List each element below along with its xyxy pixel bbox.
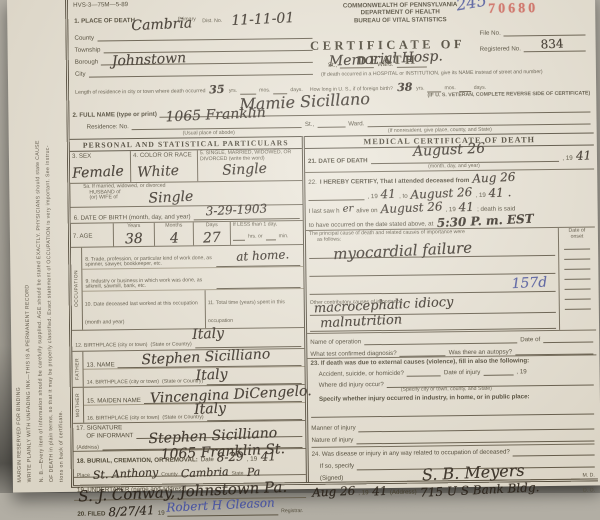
md-label: M. D. (582, 473, 594, 479)
certificate-stamp-number: 70680 (488, 1, 538, 18)
lastsaw-er: er (342, 204, 353, 214)
margin-text: MARGIN RESERVED FOR BINDING (11, 28, 23, 482)
certify-year1: 41 (380, 188, 396, 201)
sex-label: 3. SEX (72, 152, 128, 160)
registered-no-label: Registered No. (480, 45, 521, 53)
age-months-cell: Months 4 (155, 222, 194, 245)
personal-column: PERSONAL AND STATISTICAL PARTICULARS 3. … (70, 136, 309, 485)
time-of-death-value: 5:30 P. m. EST (436, 213, 533, 230)
city-label: City (75, 70, 86, 77)
age-years-value: 38 (125, 231, 143, 246)
race-label: 4. COLOR OR RACE (133, 151, 195, 159)
age-label: 7. AGE (73, 233, 93, 240)
blank-line (564, 250, 590, 260)
less-than-day-label: If LESS than 1 day, (233, 222, 301, 229)
birthplace-value: Italy (192, 326, 225, 341)
accident-label: Accident, suicide, or homicide? (319, 370, 404, 378)
margin-text: N. B.—Every item of information should b… (33, 28, 45, 482)
certificate-form: HVS-3—75M—5-89 1. PLACE OF DEATH Primary… (65, 0, 598, 488)
institution-note: (If death occurred in a HOSPITAL or INST… (321, 70, 543, 78)
blank-line (396, 59, 426, 67)
dob-label: 6. DATE OF BIRTH (month, day, and year) (74, 213, 191, 222)
father-birthplace-row: 14. BIRTHPLACE (city or town) (State or … (84, 367, 305, 387)
street-ward-row: St., Ward. (325, 59, 481, 69)
form-header: HVS-3—75M—5-89 1. PLACE OF DEATH Primary… (68, 0, 593, 96)
if-so-specify-label: If so, specify (320, 463, 354, 471)
race-cell: 4. COLOR OR RACE White (131, 150, 198, 182)
birthplace-label: 12. BIRTHPLACE (city or town) (75, 343, 147, 350)
informant-row: 17. SIGNATURE OF INFORMANT Stephen Sicil… (73, 421, 305, 452)
city-value: Johnstown (111, 51, 186, 68)
informant-address-label: (Address) (76, 445, 99, 451)
date-of-death-value: August 26 (413, 142, 486, 159)
bureau-line: BUREAU OF VITAL STATISTICS (316, 15, 484, 24)
spouse-row: 5a. If married, widowed, or divorced HUS… (70, 181, 302, 208)
blank-line (564, 240, 590, 250)
signed-address-label: (Address) (390, 489, 417, 493)
medical-column: MEDICAL CERTIFICATE OF DEATH 21. DATE OF… (305, 132, 598, 482)
signed-date-value: Aug 26 (312, 484, 356, 493)
violence-block: 23. If death was due to external causes … (307, 356, 598, 493)
hrs-label: hrs. or (248, 235, 263, 241)
mother-name-label: 15. MAIDEN NAME (87, 397, 141, 405)
industry-row: 9. Industry or business in which work wa… (82, 267, 303, 292)
certify-block: 22. I HEREBY CERTIFY, That I attended de… (305, 169, 595, 231)
mother-group: MOTHER 15. MAIDEN NAME Vincengina DiCeng… (73, 385, 305, 424)
abode-note: (Usual place of abode) (183, 131, 235, 137)
trade-value: at home. (236, 248, 290, 262)
blank-line (233, 232, 245, 240)
dob-value: 3-29-1903 (205, 202, 267, 217)
st-label: St., (328, 61, 337, 68)
certify-19b: , 19 (475, 191, 485, 198)
blank-line (216, 280, 300, 289)
father-group: FATHER 13. NAME Stephen Sicilliano 14. B… (72, 349, 304, 388)
mother-birthplace-row: 16. BIRTHPLACE (city or town) (State or … (84, 403, 305, 423)
father-birthplace-label: 14. BIRTHPLACE (city or town) (87, 380, 159, 387)
blank-line (311, 406, 594, 417)
lastsaw-19: , 19 (445, 206, 455, 213)
trade-row: 8. Trade, profession, or particular kind… (82, 245, 303, 270)
last-worked-label: 10. Date deceased last worked at this oc… (85, 300, 198, 325)
industry-label: 9. Industry or business in which work wa… (85, 278, 213, 291)
spouse-value: Single (148, 190, 193, 206)
blank-line (400, 348, 446, 357)
nature-label: Nature of injury (311, 437, 353, 445)
binding-margin: MARGIN RESERVED FOR BINDING WRITE PLAINL… (7, 0, 71, 493)
blank-line (359, 421, 595, 432)
months-label: Months (157, 223, 191, 229)
form-columns: PERSONAL AND STATISTICAL PARTICULARS 3. … (70, 132, 598, 484)
mother-side-label: MOTHER (75, 393, 80, 417)
certify-year2: 41 . (489, 186, 512, 199)
blank-line (483, 368, 513, 376)
onset-duration-value: 157d (512, 276, 548, 292)
place-of-death-block: 1. PLACE OF DEATH Primary Dist. No. 11-1… (71, 9, 316, 78)
mother-birthplace-label: 16. BIRTHPLACE (city or town) (87, 416, 159, 423)
registered-no-row: Registered No. 834 (477, 44, 589, 53)
spouse-label3: (or) WIFE of (89, 193, 299, 201)
lastsaw-year: 41 (458, 201, 474, 214)
blank-line (340, 60, 374, 68)
last-worked-cell: 10. Date deceased last worked at this oc… (83, 290, 206, 329)
registered-no-value: 834 (540, 37, 563, 50)
father-side-label-cell: FATHER (72, 352, 83, 387)
autopsy-label: Was there an autopsy? (449, 348, 512, 356)
sex-race-marital-row: 3. SEX Female 4. COLOR OR RACE White 5. … (70, 149, 302, 184)
total-time-label: 11. Total time (years) spent in this occ… (208, 299, 285, 324)
certify-no: 22. (308, 179, 317, 186)
certify-from-value: Aug 26 (472, 171, 516, 185)
contributory-value-2: malnutrition (320, 314, 403, 331)
county-value: Cambria (131, 16, 192, 33)
mother-side-label-cell: MOTHER (73, 388, 84, 423)
sex-value: Female (72, 164, 124, 180)
specify-injury-label: Specify whether injury occurred in indus… (319, 393, 594, 404)
father-side-label: FATHER (75, 358, 80, 380)
dod-year-value: 41 (575, 149, 591, 162)
age-months-value: 4 (169, 231, 179, 245)
total-time-cell: 11. Total time (years) spent in this occ… (206, 289, 304, 328)
physician-signature: S. B. Meyers (422, 462, 525, 483)
file-no-label: File No. (479, 29, 500, 37)
burial-date-value: 8-29 (217, 450, 245, 463)
undertaker-row: 19. UNDERTAKER (name and address) S. J. … (74, 475, 306, 493)
occupation-group: OCCUPATION 8. Trade, profession, or part… (71, 245, 304, 331)
margin-text: OF DEATH in plain terms, so that it may … (43, 28, 55, 482)
last-worked-total-row: 10. Date deceased last worked at this oc… (83, 289, 304, 330)
cause-block: The principal cause of death and related… (306, 227, 596, 334)
occupation-question-label: 24. Was disease or injury in any way rel… (312, 449, 510, 459)
age-days-cell: Days 27 (194, 222, 231, 245)
age-row: 7. AGE Years 38 Months 4 Days 27 (71, 221, 303, 248)
state-country-note: (State or Country) (150, 343, 191, 349)
min-label: min. (279, 234, 289, 240)
signed-19: , 19 (358, 489, 368, 493)
blank-line (266, 232, 276, 240)
father-birthplace-value: Italy (195, 367, 228, 382)
blank-line (565, 300, 591, 310)
lastsaw-text-b: alive on (356, 207, 377, 215)
date-of-injury-label: Date of injury (444, 369, 481, 377)
signed-label: (Signed) (320, 475, 343, 483)
burial-label: 18. BURIAL, CREMATION, OR REMOVAL: (77, 456, 198, 465)
blank-line (308, 192, 364, 201)
blank-line (407, 369, 441, 377)
days-label: Days (196, 223, 228, 229)
lastsaw-date-value: August 26 (380, 200, 442, 215)
principal-cause-value: myocardial failure (333, 241, 473, 263)
age-label-cell: 7. AGE (71, 223, 114, 247)
sex-cell: 3. SEX Female (70, 151, 131, 183)
burial-date-label: Date (201, 456, 214, 463)
burial-row: 18. BURIAL, CREMATION, OR REMOVAL: Date … (74, 449, 306, 478)
lastsaw-text-a: I last saw h (309, 207, 340, 215)
age-years-cell: Years 38 (114, 223, 155, 246)
diagnosis-label: What test confirmed diagnosis? (310, 350, 396, 358)
years-label: Years (116, 224, 152, 230)
less-than-day-cell: If LESS than 1 day, hrs. or min. (231, 221, 303, 245)
blank-line (513, 447, 595, 456)
informant-label2: OF INFORMANT (86, 432, 133, 440)
margin-text: tions on back of certificate. (53, 28, 65, 482)
blank-line (565, 290, 591, 300)
occurred-text: to have occurred on the date stated abov… (309, 220, 434, 229)
certify-text-1: I HEREBY CERTIFY, That I attended deceas… (320, 177, 470, 186)
blank-line (515, 347, 593, 356)
death-certificate-scan: MARGIN RESERVED FOR BINDING WRITE PLAINL… (7, 0, 600, 493)
where-injury-label: Where did injury occur? (319, 381, 384, 389)
doi-19: , 19 (516, 368, 526, 375)
race-value: White (137, 164, 179, 180)
blank-line (564, 260, 590, 270)
burial-19: , 19 (247, 455, 257, 462)
blank-line (356, 433, 594, 444)
occupation-side-label: OCCUPATION (74, 270, 79, 307)
blank-line (564, 280, 590, 290)
age-days-value: 27 (203, 230, 221, 245)
cause-main: The principal cause of death and related… (306, 228, 559, 333)
blank-line (564, 270, 590, 280)
manner-label: Manner of injury (311, 425, 355, 433)
blank-line (504, 28, 586, 37)
mother-birthplace-value: Italy (194, 401, 227, 416)
form-number: HVS-3—75M—5-89 (73, 1, 128, 9)
undertaker-value: S. J. Conway, Johnstown Pa. (78, 480, 288, 493)
certify-to-label: , to (399, 192, 408, 199)
dod-note: (month, day, and year) (428, 164, 480, 170)
burial-year-value: 41 (260, 450, 276, 463)
ward-label: Ward. (377, 61, 393, 69)
onset-column: Date of onset (558, 227, 596, 330)
margin-text: WRITE PLAINLY WITH UNFADING INK—THIS IS … (21, 28, 33, 482)
signed-year-value: 41 (371, 484, 387, 493)
trade-label: 8. Trade, profession, or particular kind… (85, 256, 213, 269)
father-name-label: 13. NAME (86, 361, 114, 369)
marital-cell: 5. SINGLE, MARRIED, WIDOWED, OR DIVORCED… (198, 149, 302, 181)
marital-value: Single (222, 162, 267, 178)
do-label: D. O. (583, 488, 595, 493)
file-no-row: File No. (476, 28, 588, 37)
st-label: St., (305, 121, 314, 128)
certify-19a: , 19 (367, 193, 377, 200)
